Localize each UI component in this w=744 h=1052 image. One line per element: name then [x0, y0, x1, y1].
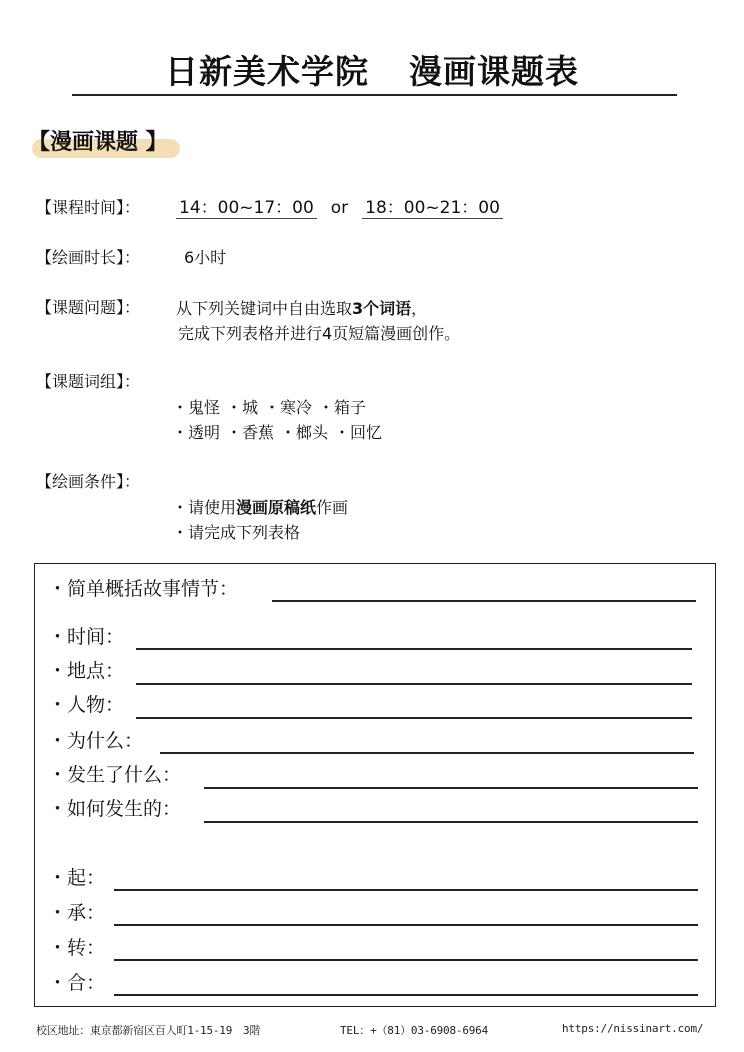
keyword: ・香蕉 — [226, 420, 274, 445]
form-field-he[interactable]: ・合： — [48, 970, 105, 996]
keyword: ・回忆 — [334, 420, 382, 445]
story-summary-input-line[interactable] — [272, 600, 696, 602]
duration-value: 6小时 — [184, 248, 226, 267]
place-input-line[interactable] — [136, 683, 692, 685]
how-happened-input-line[interactable] — [204, 821, 698, 823]
emphasis-manuscript-paper: 漫画原稿纸 — [236, 498, 316, 517]
form-field-cheng[interactable]: ・承： — [48, 900, 105, 926]
duration-label: 【绘画时长】： — [36, 246, 184, 270]
condition-item-2: ・请完成下列表格 — [172, 520, 300, 545]
conditions-label: 【绘画条件】： — [36, 470, 176, 494]
keyword: ・寒冷 — [264, 395, 312, 420]
assignment-line-1: 从下列关键词中自由选取3个词语， — [176, 296, 427, 321]
course-time-label: 【课程时间】： — [36, 196, 176, 220]
qi-input-line[interactable] — [114, 889, 698, 891]
form-field-what-happened[interactable]: ・发生了什么： — [48, 762, 181, 788]
keyword: ・城 — [226, 395, 258, 420]
time-slot-1: 14：00~17：00 — [176, 198, 317, 219]
or-text: or — [331, 196, 348, 220]
condition-item-1: ・请使用漫画原稿纸作画 — [172, 495, 348, 520]
keywords-line-2: ・透明・香蕉・榔头・回忆 — [172, 420, 388, 445]
keyword: ・透明 — [172, 420, 220, 445]
time-input-line[interactable] — [136, 648, 692, 650]
cheng-input-line[interactable] — [114, 924, 698, 926]
form-field-time[interactable]: ・时间： — [48, 624, 124, 650]
form-field-zhuan[interactable]: ・转： — [48, 935, 105, 961]
form-field-qi[interactable]: ・起： — [48, 865, 105, 891]
why-input-line[interactable] — [160, 752, 694, 754]
assignment-row: 【课题问题】： — [36, 296, 176, 320]
zhuan-input-line[interactable] — [114, 959, 698, 961]
footer-address: 校区地址：東京都新宿区百人町1-15-19 3階 — [36, 1022, 260, 1038]
form-field-characters[interactable]: ・人物： — [48, 692, 124, 718]
form-field-how-happened[interactable]: ・如何发生的： — [48, 796, 181, 822]
emphasis-three-words: 3个词语 — [352, 299, 411, 318]
duration-row: 【绘画时长】：6小时 — [36, 246, 226, 270]
keyword: ・箱子 — [318, 395, 366, 420]
form-field-why[interactable]: ・为什么： — [48, 728, 143, 754]
footer-tel: TEL：+（81）03-6908-6964 — [340, 1022, 488, 1038]
keywords-line-1: ・鬼怪・城・寒冷・箱子 — [172, 395, 372, 420]
course-time-row: 【课程时间】：14：00~17：00or18：00~21：00 — [36, 196, 503, 220]
keyword: ・鬼怪 — [172, 395, 220, 420]
title-divider — [72, 94, 677, 96]
form-field-place[interactable]: ・地点： — [48, 658, 124, 684]
characters-input-line[interactable] — [136, 717, 692, 719]
what-happened-input-line[interactable] — [204, 787, 698, 789]
footer-url[interactable]: https://nissinart.com/ — [562, 1022, 703, 1035]
page-title: 日新美术学院漫画课题表 — [0, 46, 744, 93]
assignment-label: 【课题问题】： — [36, 296, 176, 320]
form-field-story-summary[interactable]: ・简单概括故事情节： — [48, 576, 238, 602]
conditions-row: 【绘画条件】： — [36, 470, 176, 494]
keyword: ・榔头 — [280, 420, 328, 445]
keywords-label: 【课题词组】： — [36, 370, 176, 394]
he-input-line[interactable] — [114, 994, 698, 996]
section-tag: 【漫画课题 】 — [28, 126, 168, 160]
time-slot-2: 18：00~21：00 — [362, 198, 503, 219]
form-title: 漫画课题表 — [409, 52, 579, 91]
school-name: 日新美术学院 — [165, 52, 369, 91]
keywords-row: 【课题词组】： — [36, 370, 176, 394]
assignment-line-2: 完成下列表格并进行4页短篇漫画创作。 — [178, 321, 460, 346]
